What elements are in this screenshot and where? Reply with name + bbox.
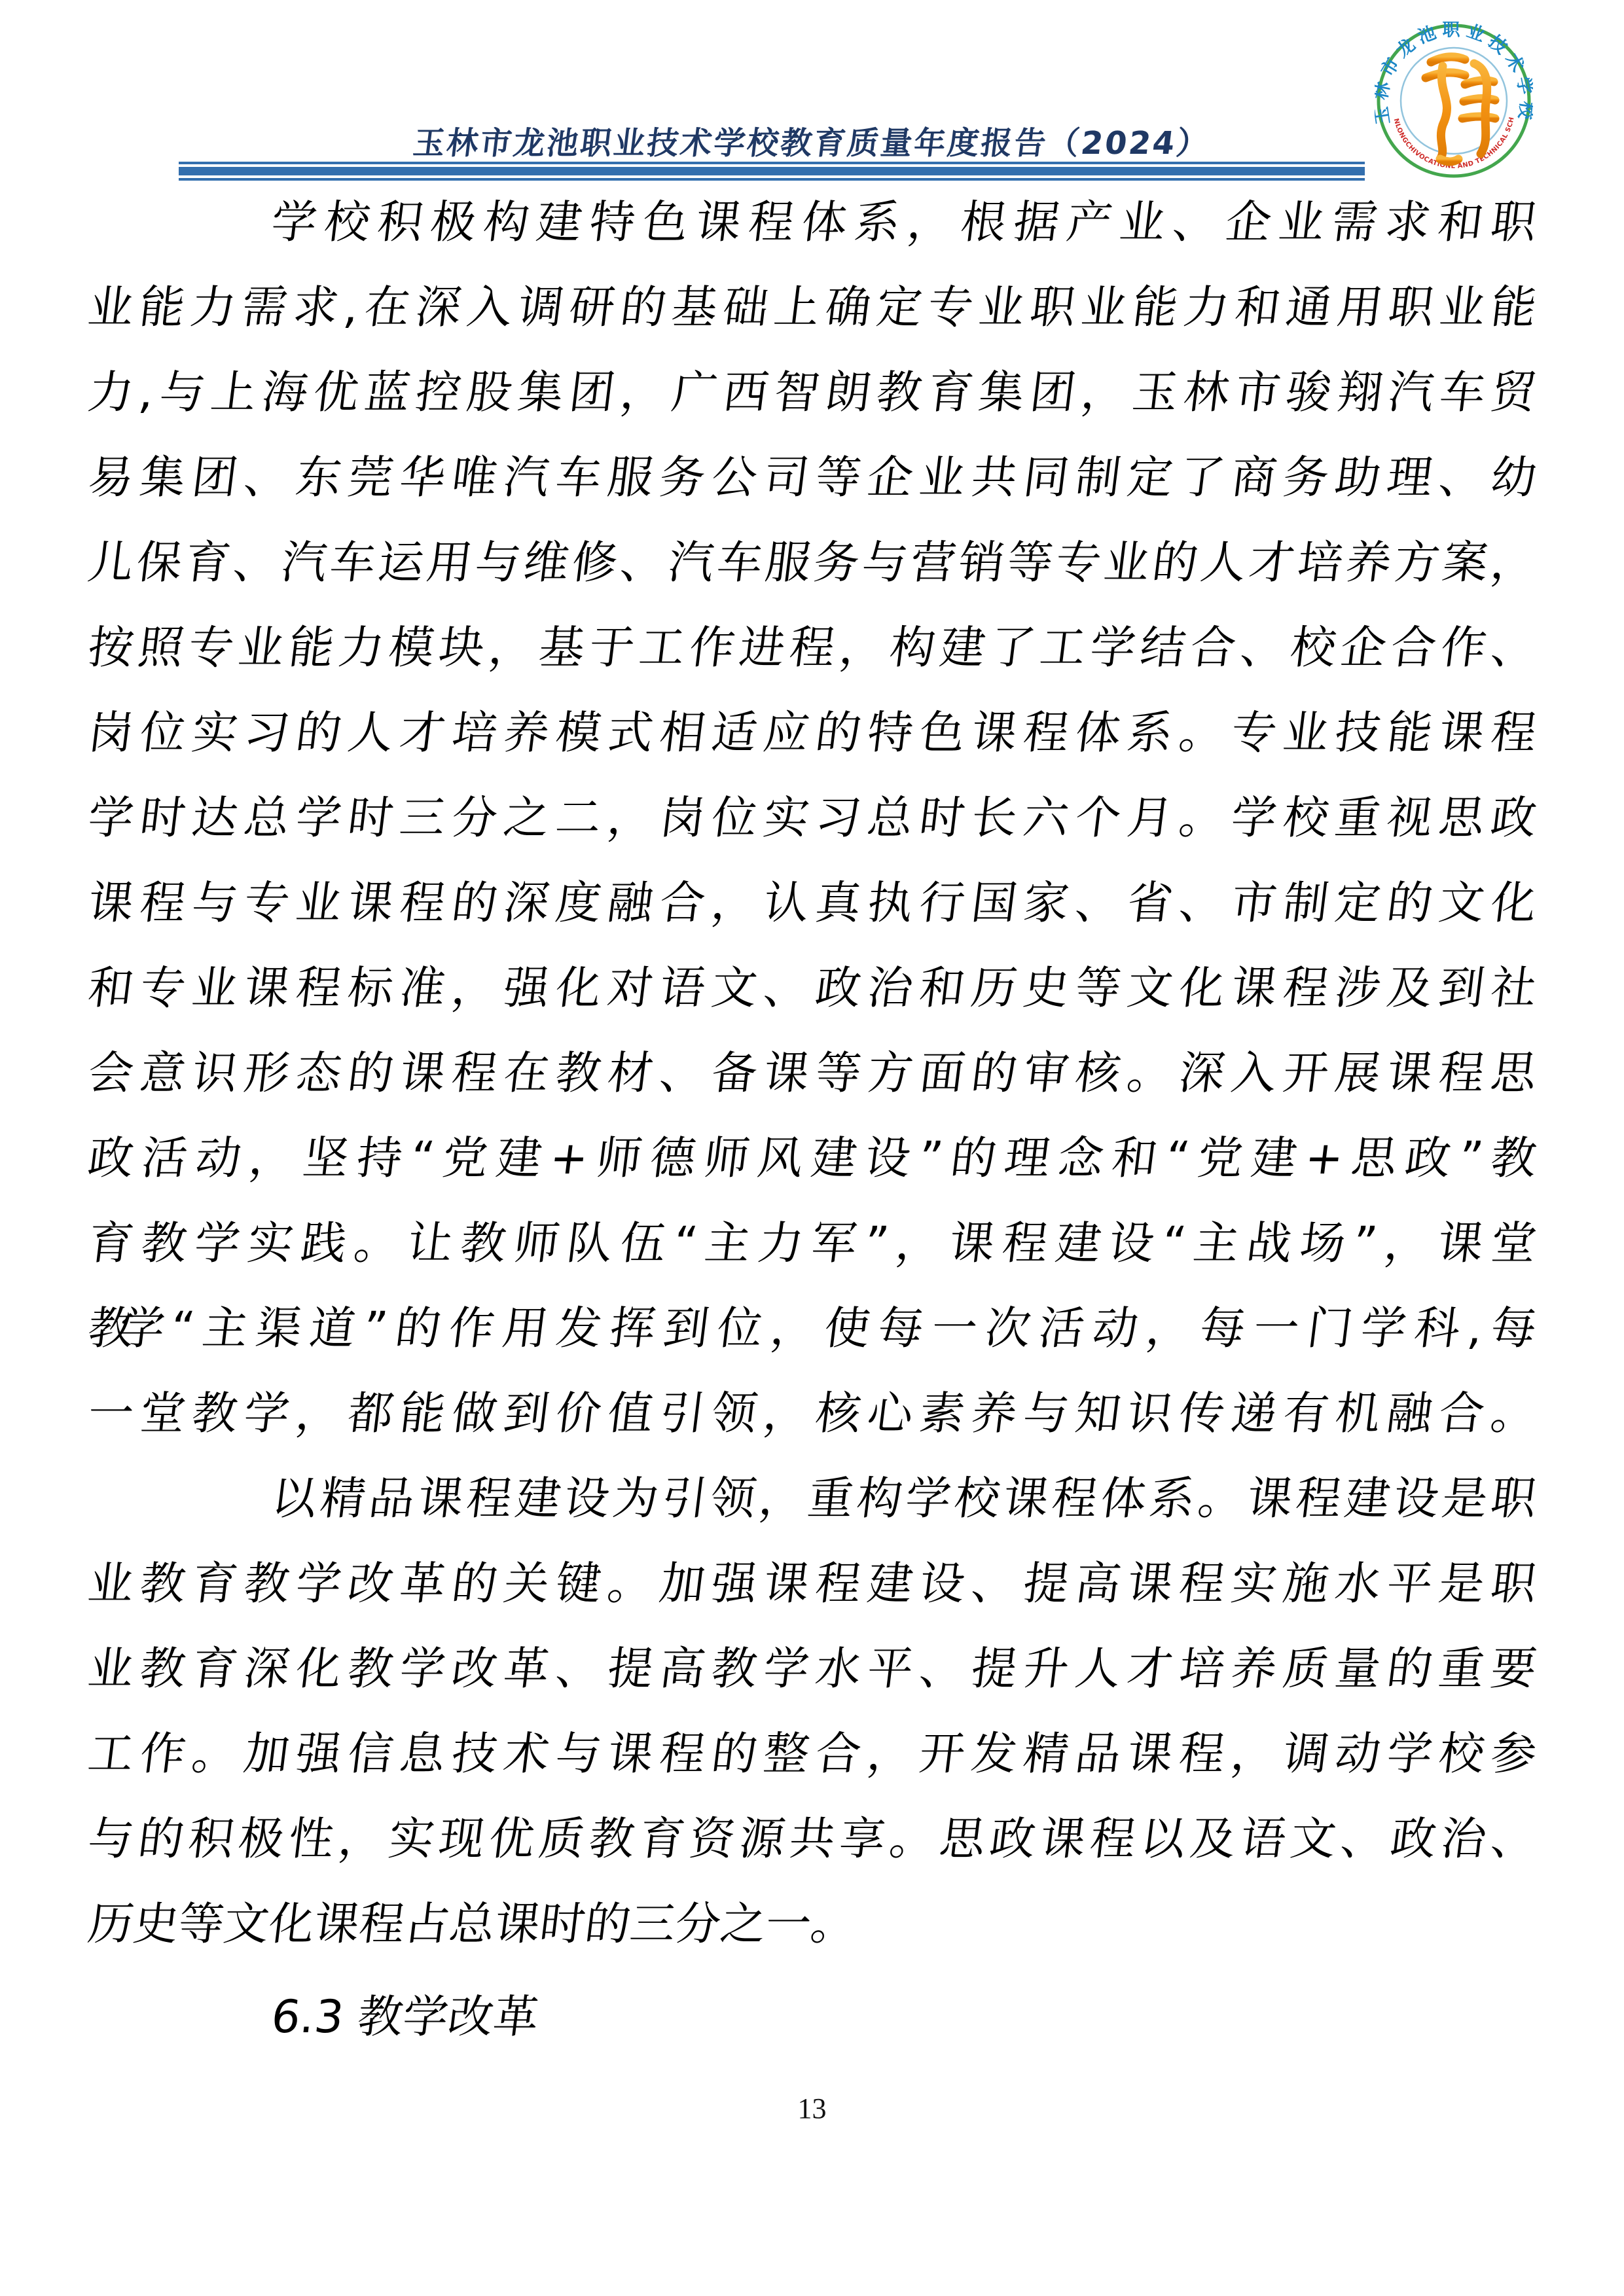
body-line: 易集团、东莞华唯汽车服务公司等企业共同制定了商务助理、幼 xyxy=(83,435,1542,520)
body-line: 学校积极构建特色课程体系，根据产业、企业需求和职 xyxy=(83,180,1542,265)
document-page: 玉林市龙池职业技术学校教育质量年度报告（2024） 玉林市龙池职业技术学校 Y xyxy=(0,0,1624,2296)
body-line: 育教学实践。让教师队伍“主力军”，课程建设“主战场”，课堂 xyxy=(83,1201,1542,1286)
body-line: 一堂教学，都能做到价值引领，核心素养与知识传递有机融合。 xyxy=(83,1371,1542,1456)
body-line: 和专业课程标准，强化对语文、政治和历史等文化课程涉及到社 xyxy=(83,946,1542,1031)
body-line: 力,与上海优蓝控股集团，广西智朗教育集团，玉林市骏翔汽车贸 xyxy=(83,350,1542,435)
body-line: 工作。加强信息技术与课程的整合，开发精品课程，调动学校参 xyxy=(83,1712,1542,1797)
body-line: 以精品课程建设为引领，重构学校课程体系。课程建设是职 xyxy=(83,1456,1542,1541)
paragraph-lines: 学校积极构建特色课程体系，根据产业、企业需求和职业能力需求,在深入调研的基础上确… xyxy=(88,180,1536,1967)
body-line: 教学“主渠道”的作用发挥到位，使每一次活动，每一门学科,每 xyxy=(83,1286,1542,1371)
body-line: 儿保育、汽车运用与维修、汽车服务与营销等专业的人才培养方案， xyxy=(83,520,1542,605)
body-line: 课程与专业课程的深度融合，认真执行国家、省、市制定的文化 xyxy=(83,861,1542,946)
body-line: 业教育深化教学改革、提高教学水平、提升人才培养质量的重要 xyxy=(83,1626,1542,1712)
body-text: 学校积极构建特色课程体系，根据产业、企业需求和职业能力需求,在深入调研的基础上确… xyxy=(88,180,1536,2060)
body-line: 会意识形态的课程在教材、备课等方面的审核。深入开展课程思 xyxy=(83,1031,1542,1116)
body-line: 业教育教学改革的关键。加强课程建设、提高课程实施水平是职 xyxy=(83,1541,1542,1626)
overlapped-glyphs: 教学 xyxy=(85,1302,154,1355)
school-logo: 玉林市龙池职业技术学校 YULINLONGCHIVOCATIONL AND TE… xyxy=(1365,3,1624,200)
page-number: 13 xyxy=(0,2092,1624,2125)
body-line: 政活动，坚持“党建+师德师风建设”的理念和“党建+思政”教 xyxy=(83,1116,1542,1201)
body-line: 按照专业能力模块，基于工作进程，构建了工学结合、校企合作、 xyxy=(83,605,1542,691)
section-heading: 6.3 教学改革 xyxy=(83,1975,1542,2060)
body-line: 学时达总学时三分之二，岗位实习总时长六个月。学校重视思政 xyxy=(83,776,1542,861)
school-logo-badge: 玉林市龙池职业技术学校 YULINLONGCHIVOCATIONL AND TE… xyxy=(1375,22,1533,180)
body-line: 与的积极性，实现优质教育资源共享。思政课程以及语文、政治、 xyxy=(83,1797,1542,1882)
body-line: 业能力需求,在深入调研的基础上确定专业职业能力和通用职业能 xyxy=(83,265,1542,350)
body-line: 岗位实习的人才培养模式相适应的特色课程体系。专业技能课程 xyxy=(83,691,1542,776)
body-line: 历史等文化课程占总课时的三分之一。 xyxy=(83,1882,1542,1967)
